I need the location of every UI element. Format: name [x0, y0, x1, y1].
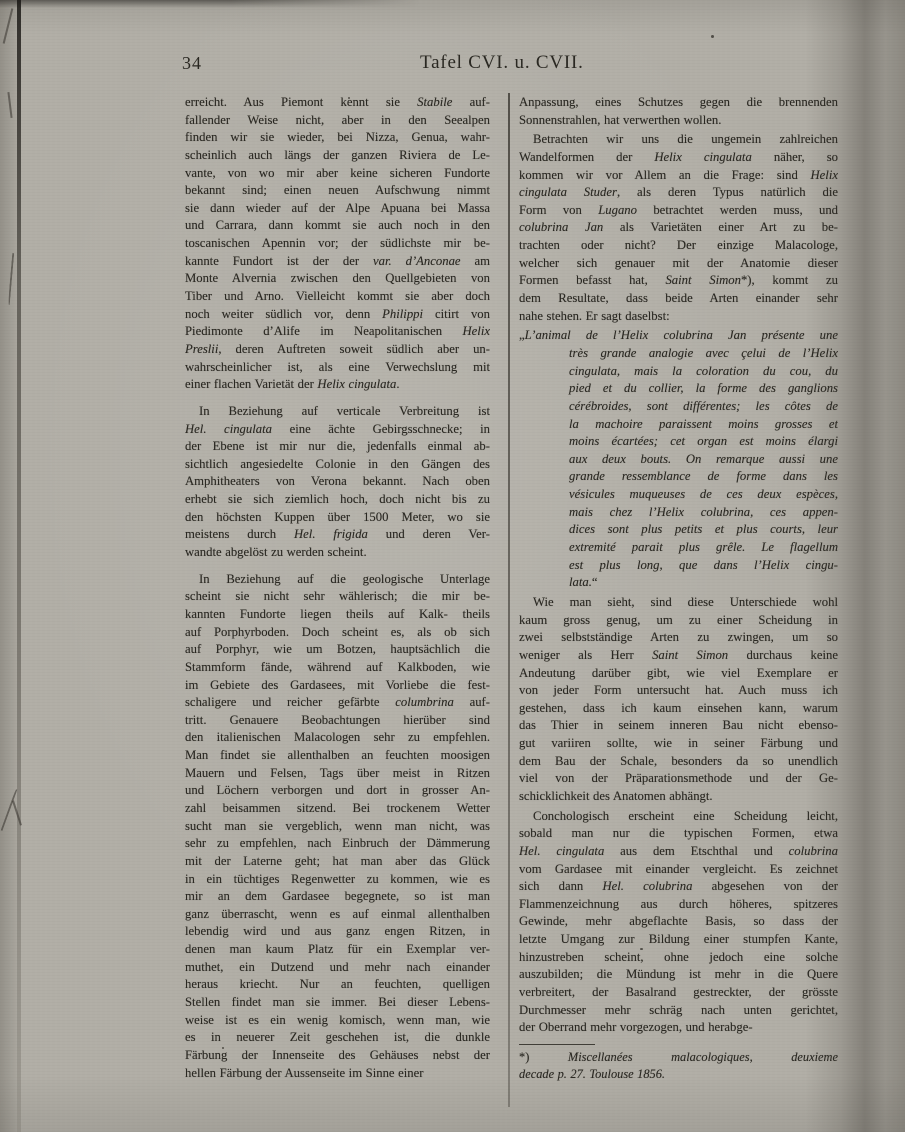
text-line: Färbung der Innenseite des Gehäuses nebs… — [185, 1047, 490, 1065]
text-line: noch weiter südlich vor, denn Philippi c… — [185, 306, 490, 324]
paragraph: In Beziehung auf die geologische Unterla… — [185, 571, 490, 1083]
text-line: dices sont plus petits et plus courts, l… — [519, 521, 838, 539]
paragraph: Betrachten wir uns die ungemein zahlreic… — [519, 131, 838, 325]
text-line: bekannt sind; einen neuen Aufschwung nim… — [185, 182, 490, 200]
paragraph: Wie man sieht, sind diese Unterschiede w… — [519, 594, 838, 806]
text-line: Form von Lugano betrachtet werden muss, … — [519, 202, 838, 220]
text-line: kannte Fundort ist der der var. d’Ancona… — [185, 253, 490, 271]
text-line: sich dann Hel. colubrina abgesehen von d… — [519, 878, 838, 896]
text-line: letzte Umgang zur Bildung einer stumpfen… — [519, 931, 838, 949]
text-line: Conchologisch erscheint eine Scheidung l… — [519, 808, 838, 826]
left-column: erreicht. Aus Piemont kennt sie Stabile … — [185, 94, 490, 1082]
text-line: Sonnenstrahlen, hat verwerthen wollen. — [519, 112, 838, 130]
margin-handwriting-mark — [8, 253, 15, 305]
paragraph: Conchologisch erscheint eine Scheidung l… — [519, 808, 838, 1037]
right-column: Anpassung, eines Schutzes gegen die bren… — [519, 94, 838, 1083]
left-margin-shade — [0, 0, 17, 1132]
paragraph: erreicht. Aus Piemont kennt sie Stabile … — [185, 94, 490, 394]
text-line: kaum gross genug, um zu einer Scheidung … — [519, 612, 838, 630]
text-line: schicklichkeit des Anatomen abhängt. — [519, 788, 838, 806]
text-line: vante, von wo mir aber keine sicheren Fu… — [185, 165, 490, 183]
text-line: moins écartées; cet organ est moins élar… — [519, 433, 838, 451]
text-line: mit der Laterne geht; hat man aber das G… — [185, 853, 490, 871]
text-line: Wandelformen der Helix cingulata näher, … — [519, 149, 838, 167]
text-line: extremité parait plus grêle. Le flagellu… — [519, 539, 838, 557]
text-line: der Oberrand mehr vorgezogen, und herabg… — [519, 1019, 838, 1037]
paragraph: Anpassung, eines Schutzes gegen die bren… — [519, 94, 838, 129]
text-line: sie dann wieder auf der Alpe Apuana bei … — [185, 200, 490, 218]
text-line: in ein tüchtiges Regenwetter zu kommen, … — [185, 871, 490, 889]
text-line: der Ebene ist mir nur die, jedenfalls ei… — [185, 438, 490, 456]
text-line: Betrachten wir uns die ungemein zahlreic… — [519, 131, 838, 149]
text-line: schaligere und reicher gefärbte columbri… — [185, 694, 490, 712]
text-line: Stellen findet man sie immer. Bei dieser… — [185, 994, 490, 1012]
text-line: weise ist es ein wenig komisch, wenn man… — [185, 1012, 490, 1030]
text-line: hinzustreben scheint, ohne jedoch eine s… — [519, 949, 838, 967]
text-line: gut variiren sollte, wie in seiner Färbu… — [519, 735, 838, 753]
footnote: *) Miscellanées malacologiques, deuxieme… — [519, 1044, 838, 1083]
text-line: scheinlich auch längs der ganzen Riviera… — [185, 147, 490, 165]
text-line: fallender Weise nicht, aber in den Seeal… — [185, 112, 490, 130]
text-line: In Beziehung auf die geologische Unterla… — [185, 571, 490, 589]
text-line: tritt. Genauere Beobachtungen hierüber s… — [185, 712, 490, 730]
text-line: In Beziehung auf verticale Verbreitung i… — [185, 403, 490, 421]
text-line: cérébroides, sont différentes; les côtes… — [519, 398, 838, 416]
text-line: im Gebiete des Gardasees, mit Vorliebe d… — [185, 677, 490, 695]
margin-handwriting-mark — [12, 800, 22, 825]
text-line: trachten oder nicht? Der einzige Malacol… — [519, 237, 838, 255]
margin-handwriting-mark — [7, 92, 12, 118]
text-line: Piedimonte d’Alife im Neapolitanischen H… — [185, 323, 490, 341]
text-line: finden wir sie wieder, bei Nizza, Genua,… — [185, 129, 490, 147]
text-line: zwei selbstständige Arten zu zwingen, um… — [519, 629, 838, 647]
scanned-book-page: 34 Tafel CVI. u. CVII. erreicht. Aus Pie… — [0, 0, 905, 1132]
page-header-title: Tafel CVI. u. CVII. — [420, 52, 584, 74]
text-line: Stammform fände, während auf Kalkboden, … — [185, 659, 490, 677]
text-line: kommen wir vor Allem an die Frage: sind … — [519, 167, 838, 185]
text-line: erhebt sie sich ziemlich hoch, doch nich… — [185, 491, 490, 509]
text-line: und Carrara, dann kommt sie auch noch in… — [185, 217, 490, 235]
text-line: gestehen, dass ich kaum einsehen kann, w… — [519, 700, 838, 718]
margin-handwriting-mark — [3, 8, 14, 43]
text-line: wandte abgelöst zu werden scheint. — [185, 544, 490, 562]
text-line: Wie man sieht, sind diese Unterschiede w… — [519, 594, 838, 612]
text-line: vom Gardasee mit einander vergleicht. Es… — [519, 861, 838, 879]
text-line: nahe stehen. Er sagt daselbst: — [519, 308, 838, 326]
text-line: cingulata Studer, als deren Typus natürl… — [519, 184, 838, 202]
text-line: muthet, ein Dutzend und mehr nach einand… — [185, 959, 490, 977]
text-line: „L’animal de l’Helix colubrina Jan prése… — [519, 327, 838, 345]
paragraph: In Beziehung auf verticale Verbreitung i… — [185, 403, 490, 562]
text-line: wahrscheinlicher ist, als eine Verwechsl… — [185, 359, 490, 377]
text-line: einer flachen Varietät der Helix cingula… — [185, 376, 490, 394]
text-line: très grande analogie avec çelui de l’Hel… — [519, 345, 838, 363]
text-line: lebendig wird und aus ganz engen Ritzen,… — [185, 923, 490, 941]
text-line: den höchsten Kuppen über 1500 Meter, wo … — [185, 509, 490, 527]
text-line: es in neuerer Zeit geschehen ist, die du… — [185, 1029, 490, 1047]
page-number: 34 — [182, 53, 202, 74]
text-line: den italienischen Malacologen sehr zu em… — [185, 729, 490, 747]
text-line: auf Porphyr, wie um Botzen, hauptsächlic… — [185, 641, 490, 659]
text-line: Gewinde, mehr abgeflachte Basis, so dass… — [519, 913, 838, 931]
text-line: vésicules muqueuses de ces deux espèces, — [519, 486, 838, 504]
text-line: und Löchern verborgen und dort in grosse… — [185, 782, 490, 800]
text-line: lata.“ — [519, 574, 838, 592]
text-line: auf Porphyrboden. Doch scheint es, als o… — [185, 624, 490, 642]
text-line: pied et du collier, la forme des ganglio… — [519, 380, 838, 398]
text-line: Tiber und Arno. Vielleicht kommt sie abe… — [185, 288, 490, 306]
text-line: weniger als Herr Saint Simon durchaus ke… — [519, 647, 838, 665]
text-line: aux deux bouts. On remarque aussi une — [519, 451, 838, 469]
text-line: heraus kriecht. Nur an feuchten, quellig… — [185, 976, 490, 994]
text-line: mir an dem Gardasee begegnete, so ist ma… — [185, 888, 490, 906]
top-edge-shadow — [0, 0, 420, 8]
text-line: Man findet sie allenthalben an feuchten … — [185, 747, 490, 765]
text-line: erreicht. Aus Piemont kennt sie Stabile … — [185, 94, 490, 112]
text-line: sobald man nur die typischen Formen, etw… — [519, 825, 838, 843]
text-line: sehr zu empfehlen, nach Einbruch der Däm… — [185, 835, 490, 853]
text-line: Mauern und Felsen, Tags über meist in Ri… — [185, 765, 490, 783]
text-line: verbreitert, der Basalrand gestreckter, … — [519, 984, 838, 1002]
text-line: sichtlich angesiedelte Colonie in den Gä… — [185, 456, 490, 474]
text-line: meistens durch Hel. frigida und deren Ve… — [185, 526, 490, 544]
text-line: Anpassung, eines Schutzes gegen die bren… — [519, 94, 838, 112]
ink-speck — [711, 35, 714, 38]
text-line: welcher sich genauer mit der Anatomie di… — [519, 255, 838, 273]
text-line: auszubilden; die Mündung ist mehr in die… — [519, 966, 838, 984]
text-line: Hel. cingulata aus dem Etschthal und col… — [519, 843, 838, 861]
text-line: ganz überrascht, wenn es auf einmal alle… — [185, 906, 490, 924]
text-line: scheint sie nicht sehr wählerisch; die m… — [185, 588, 490, 606]
text-line: viel von der Präparationsmethode und der… — [519, 770, 838, 788]
text-line: Formen befasst hat, Saint Simon*), kommt… — [519, 272, 838, 290]
footnote-line: *) Miscellanées malacologiques, deuxieme — [519, 1049, 838, 1066]
text-line: Preslii, deren Auftreten soweit südlich … — [185, 341, 490, 359]
text-line: Amphitheaters von Verona bekannt. Nach o… — [185, 473, 490, 491]
footnote-rule — [519, 1044, 595, 1045]
text-line: est plus long, que dans l’Helix cingu- — [519, 557, 838, 575]
text-line: colubrina Jan als Varietäten einer Art z… — [519, 219, 838, 237]
text-line: hellen Färbung der Aussenseite im Sinne … — [185, 1065, 490, 1083]
text-line: toscanischen Apennin vor; der südlichste… — [185, 235, 490, 253]
text-line: das Thier in seinem inneren Bau nicht eb… — [519, 717, 838, 735]
column-divider — [508, 93, 510, 1107]
text-line: Flammenzeichnung aus durch höheres, spit… — [519, 896, 838, 914]
footnote-line: decade p. 27. Toulouse 1856. — [519, 1066, 838, 1083]
paragraph: „L’animal de l’Helix colubrina Jan prése… — [519, 327, 838, 592]
text-line: Durchmesser mehr schräg nach unten geric… — [519, 1002, 838, 1020]
text-line: kannten Fundorte liegen theils auf Kalk-… — [185, 606, 490, 624]
text-line: zahl beisammen sitzend. Bei trockenem We… — [185, 800, 490, 818]
text-line: sucht man sie vergeblich, wenn man nicht… — [185, 818, 490, 836]
text-line: la machoire paraissent moins grosses et — [519, 416, 838, 434]
text-line: von jeder Form untersucht hat. Auch muss… — [519, 682, 838, 700]
text-line: mais chez l’Helix colubrina, ces appen- — [519, 504, 838, 522]
page-gutter-line — [17, 0, 21, 1132]
text-line: Monte Alvernia zwischen den Quellgebiete… — [185, 270, 490, 288]
text-line: dem Bau der Schale, besonders da so unen… — [519, 753, 838, 771]
text-line: denen man kaum Platz für ein Exemplar ve… — [185, 941, 490, 959]
text-line: Hel. cingulata eine ächte Gebirgsschneck… — [185, 421, 490, 439]
text-line: Andeutung darüber gibt, wie viel Exempla… — [519, 665, 838, 683]
text-line: grande ressemblance de forme dans les — [519, 468, 838, 486]
margin-handwriting-mark — [1, 789, 18, 831]
text-line: dem Resultate, dass beide Arten einander… — [519, 290, 838, 308]
text-line: cingulata, mais la coloration du cou, du — [519, 363, 838, 381]
